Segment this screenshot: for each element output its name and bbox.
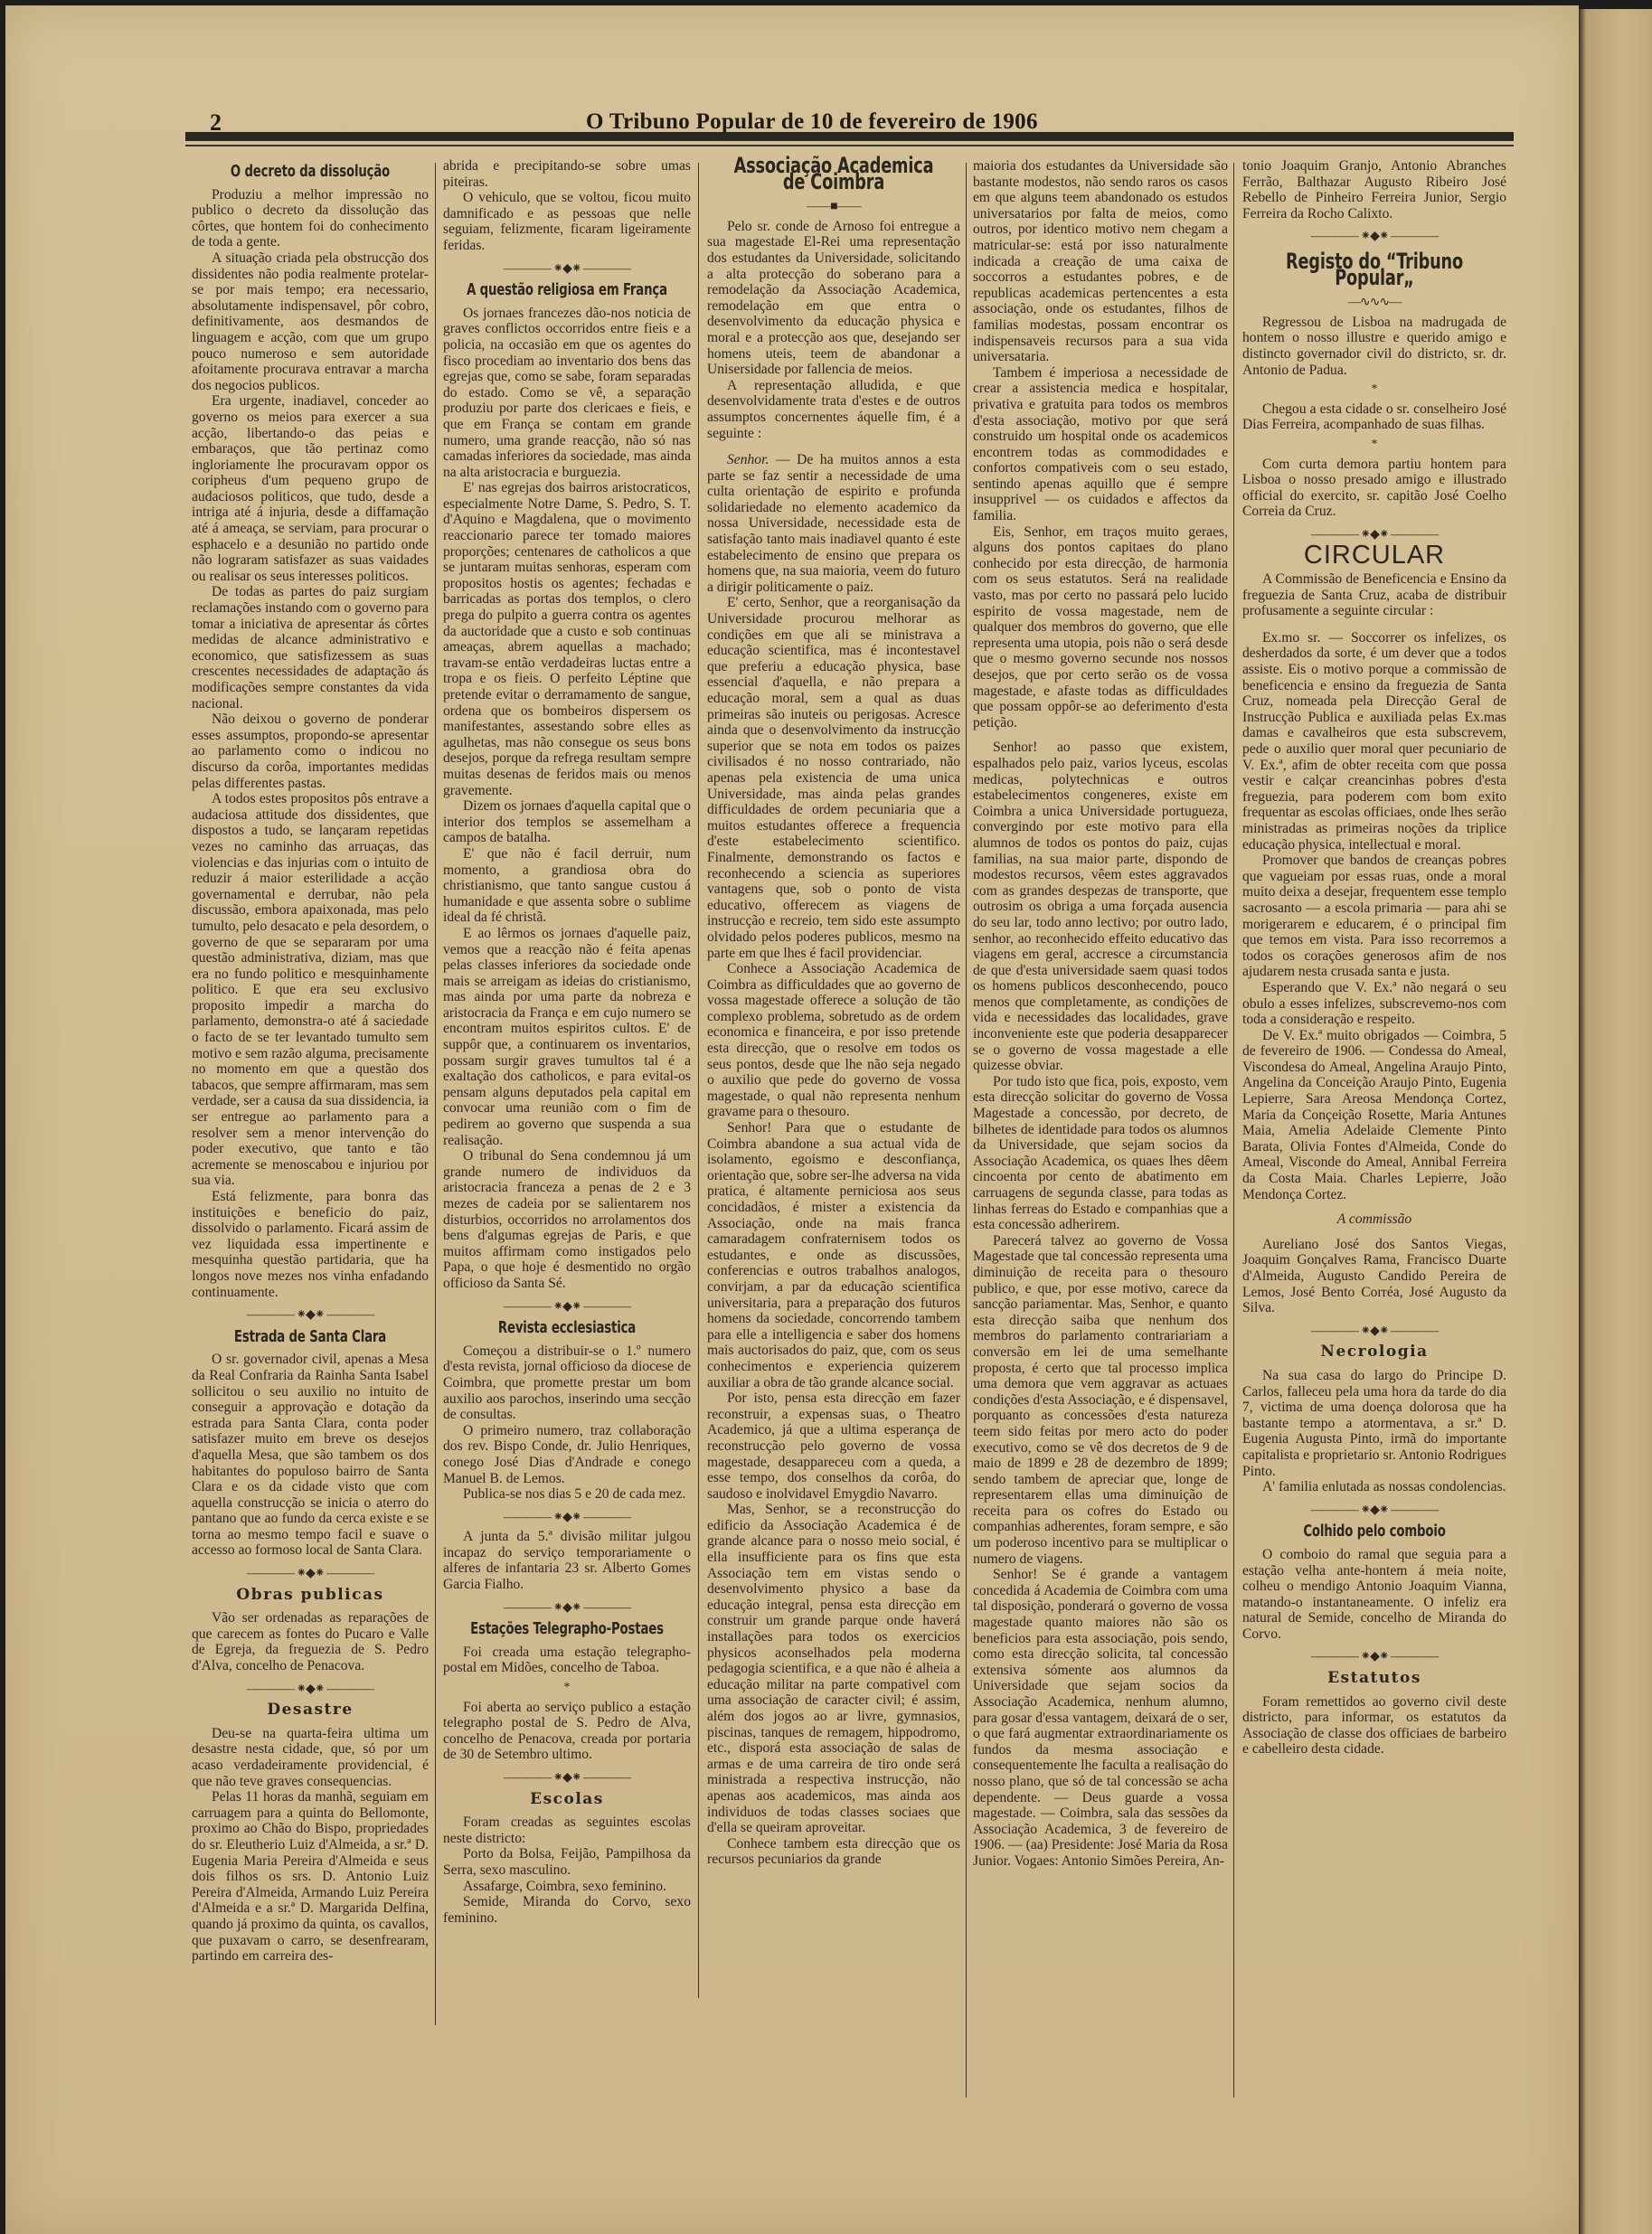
article-title: Estações Telegrapho-Postaes bbox=[466, 1621, 669, 1637]
article-title: Obras publicas bbox=[192, 1588, 429, 1604]
paragraph: Tambem é imperiosa a necessidade de crea… bbox=[973, 365, 1228, 524]
column-4: maioria dos estudantes da Universidade s… bbox=[973, 158, 1228, 1870]
paragraph: Foi creada uma estação telegrapho-postal… bbox=[443, 1645, 691, 1676]
paragraph: Está felizmente, para bonra das institui… bbox=[192, 1189, 429, 1300]
paragraph: Senhor! Para que o estudante de Coimbra … bbox=[707, 1120, 960, 1390]
article-title: Necrologia bbox=[1242, 1344, 1506, 1361]
paragraph: O vehiculo, que se voltou, ficou muito d… bbox=[443, 190, 691, 253]
paragraph: tonio Joaquim Granjo, Antonio Abranches … bbox=[1242, 158, 1506, 222]
ornament-divider: ———— ⁕◆⁕ ———— bbox=[443, 1770, 691, 1786]
salutation: Senhor. bbox=[727, 452, 769, 467]
paragraph: Era urgente, inadiavel, conceder ao gove… bbox=[192, 393, 429, 584]
paragraph: Parecerá talvez ao governo de Vossa Mage… bbox=[973, 1233, 1228, 1567]
column-2: abrida e precipitando-se sobre umas pite… bbox=[443, 158, 691, 1926]
article-title: Desastre bbox=[192, 1702, 429, 1719]
paragraph: De V. Ex.ª muito obrigados — Coimbra, 5 … bbox=[1242, 1028, 1506, 1203]
paragraph: O primeiro numero, traz collaboração dos… bbox=[443, 1423, 691, 1486]
article-title: Revista ecclesiastica bbox=[466, 1320, 669, 1336]
paragraph: Conhece a Associação Academica de Coimbr… bbox=[707, 961, 960, 1120]
masthead: O Tribuno Popular de 10 de fevereiro de … bbox=[586, 109, 1038, 135]
paragraph: A Commissão de Beneficencia e Ensino da … bbox=[1242, 571, 1506, 619]
paragraph: A junta da 5.ª divisão militar julgou in… bbox=[443, 1529, 691, 1592]
column-3: Associação Academica de Coimbra ——■—— Pe… bbox=[707, 158, 960, 1868]
ornament-divider: ———— ⁕◆⁕ ———— bbox=[192, 1682, 429, 1698]
paragraph: Mas, Senhor, se a reconstrucção do edifi… bbox=[707, 1502, 960, 1835]
paragraph: Esperando que V. Ex.ª não negará o seu o… bbox=[1242, 980, 1506, 1028]
paragraph: O tribunal do Sena condemnou já um grand… bbox=[443, 1148, 691, 1291]
paragraph: Eis, Senhor, em traços muito geraes, alg… bbox=[973, 524, 1228, 731]
paragraph: E' que não é facil derruir, num momento,… bbox=[443, 846, 691, 926]
paragraph: A situação criada pela obstrucção dos di… bbox=[192, 250, 429, 393]
ornament-divider: ———— ⁕◆⁕ ———— bbox=[443, 1510, 691, 1526]
next-page-edge bbox=[1579, 9, 1652, 2234]
article-title: Escolas bbox=[443, 1792, 691, 1808]
paragraph: Foram remettidos ao governo civil deste … bbox=[1242, 1694, 1506, 1758]
article-title: Colhido pelo comboio bbox=[1266, 1523, 1482, 1540]
paragraph: Chegou a esta cidade o sr. conselheiro J… bbox=[1242, 401, 1506, 433]
paragraph: Por isto, pensa esta direcção em fazer r… bbox=[707, 1390, 960, 1502]
paragraph: A representação alludida, e que desenvol… bbox=[707, 378, 960, 441]
paragraph: Conhece tambem esta direcção que os recu… bbox=[707, 1836, 960, 1868]
paragraph: Promover que bandos de creanças pobres q… bbox=[1242, 853, 1506, 980]
paragraph: Senhor. — De ha muitos annos a esta part… bbox=[707, 452, 960, 595]
paragraph: A' familia enlutada as nossas condolenci… bbox=[1242, 1479, 1506, 1495]
star-separator: * bbox=[443, 1680, 691, 1696]
paragraph: maioria dos estudantes da Universidade s… bbox=[973, 158, 1228, 365]
header-rule-thin bbox=[185, 145, 1514, 146]
article-title: A questão religiosa em França bbox=[466, 282, 669, 298]
ornament-divider: ———— ⁕◆⁕ ———— bbox=[1242, 1503, 1506, 1519]
paragraph: Ex.mo sr. — Soccorrer os infelizes, os d… bbox=[1242, 630, 1506, 853]
paragraph: E ao lêrmos os jornaes d'aquelle paiz, v… bbox=[443, 926, 691, 1148]
paragraph: Vão ser ordenadas as reparações de que c… bbox=[192, 1610, 429, 1673]
paragraph: Deu-se na quarta-feira ultima um desastr… bbox=[192, 1726, 429, 1789]
article-title: O decreto da dissolução bbox=[213, 164, 408, 180]
paragraph: Os jornaes francezes dão-nos noticia de … bbox=[443, 306, 691, 481]
column-divider bbox=[698, 163, 699, 1998]
paragraph: E' certo, Senhor, que a reorganisação da… bbox=[707, 595, 960, 961]
paragraph: Semide, Miranda do Corvo, sexo feminino. bbox=[443, 1894, 691, 1926]
paragraph: Aureliano José dos Santos Viegas, Joaqui… bbox=[1242, 1237, 1506, 1316]
ornament-divider: ——■—— bbox=[707, 199, 960, 215]
paragraph: Foram creadas as seguintes escolas neste… bbox=[443, 1815, 691, 1846]
article-title: Estatutos bbox=[1242, 1671, 1506, 1687]
column-1: O decreto da dissolução Produziu a melho… bbox=[192, 158, 429, 1965]
header-rule-thick bbox=[185, 132, 1514, 141]
ornament-divider: ———— ⁕◆⁕ ———— bbox=[443, 1600, 691, 1617]
star-separator: * bbox=[1242, 437, 1506, 453]
column-5: tonio Joaquim Granjo, Antonio Abranches … bbox=[1242, 158, 1506, 1758]
paragraph: O sr. governador civil, apenas a Mesa da… bbox=[192, 1352, 429, 1559]
page-header: 2 O Tribuno Popular de 10 de fevereiro d… bbox=[188, 106, 1517, 133]
paragraph: Senhor! ao passo que existem, espalhados… bbox=[973, 740, 1228, 1073]
paragraph: Porto da Bolsa, Feijão, Pampilhosa da Se… bbox=[443, 1846, 691, 1878]
paragraph: O comboio do ramal que seguia para a est… bbox=[1242, 1547, 1506, 1643]
column-divider bbox=[1233, 163, 1234, 2097]
paragraph: Dizem os jornaes d'aquella capital que o… bbox=[443, 798, 691, 846]
star-separator: * bbox=[1242, 382, 1506, 398]
paragraph: Publica-se nos dias 5 e 20 de cada mez. bbox=[443, 1486, 691, 1503]
ornament-divider: ———— ⁕◆⁕ ———— bbox=[1242, 229, 1506, 245]
ornament-divider: —∿∿∿— bbox=[1242, 295, 1506, 311]
ornament-divider: ———— ⁕◆⁕ ———— bbox=[192, 1307, 429, 1324]
ornament-divider: ———— ⁕◆⁕ ———— bbox=[443, 261, 691, 278]
ornament-divider: ———— ⁕◆⁕ ———— bbox=[1242, 1649, 1506, 1665]
paragraph: Assafarge, Coimbra, sexo feminino. bbox=[443, 1879, 691, 1895]
article-title: Registo do “Tribuno Popular„ bbox=[1266, 254, 1482, 286]
paragraph: Senhor! Se é grande a vantagem concedida… bbox=[973, 1567, 1228, 1869]
paragraph: Por tudo isto que fica, pois, exposto, v… bbox=[973, 1074, 1228, 1233]
paragraph: Regressou de Lisboa na madrugada de hont… bbox=[1242, 315, 1506, 378]
article-title: CIRCULAR bbox=[1242, 548, 1506, 564]
ornament-divider: ———— ⁕◆⁕ ———— bbox=[192, 1566, 429, 1582]
paragraph: De todas as partes do paiz surgiam recla… bbox=[192, 584, 429, 712]
paragraph: Começou a distribuir-se o 1.º numero d'e… bbox=[443, 1343, 691, 1423]
paragraph: Produziu a melhor impressão no publico o… bbox=[192, 187, 429, 250]
ornament-divider: ———— ⁕◆⁕ ———— bbox=[443, 1299, 691, 1315]
article-title: Associação Academica de Coimbra bbox=[730, 158, 938, 190]
ornament-divider: ———— ⁕◆⁕ ———— bbox=[1242, 1324, 1506, 1340]
column-divider bbox=[966, 163, 967, 2097]
paragraph: Com curta demora partiu hontem para Lisb… bbox=[1242, 457, 1506, 520]
column-divider bbox=[435, 163, 436, 2025]
signature: A commissão bbox=[1242, 1211, 1506, 1228]
paragraph: E' nas egrejas dos bairros aristocratico… bbox=[443, 480, 691, 798]
paragraph: Pelas 11 horas da manhã, seguiam em carr… bbox=[192, 1789, 429, 1965]
article-title: Estrada de Santa Clara bbox=[213, 1329, 408, 1345]
paragraph: Não deixou o governo de ponderar esses a… bbox=[192, 712, 429, 791]
paragraph: A todos estes propositos pôs entrave a a… bbox=[192, 791, 429, 1189]
paragraph: abrida e precipitando-se sobre umas pite… bbox=[443, 158, 691, 190]
paragraph: Foi aberta ao serviço publico a estação … bbox=[443, 1700, 691, 1763]
paragraph: Na sua casa do largo do Principe D. Carl… bbox=[1242, 1368, 1506, 1479]
paragraph: Pelo sr. conde de Arnoso foi entregue a … bbox=[707, 219, 960, 378]
